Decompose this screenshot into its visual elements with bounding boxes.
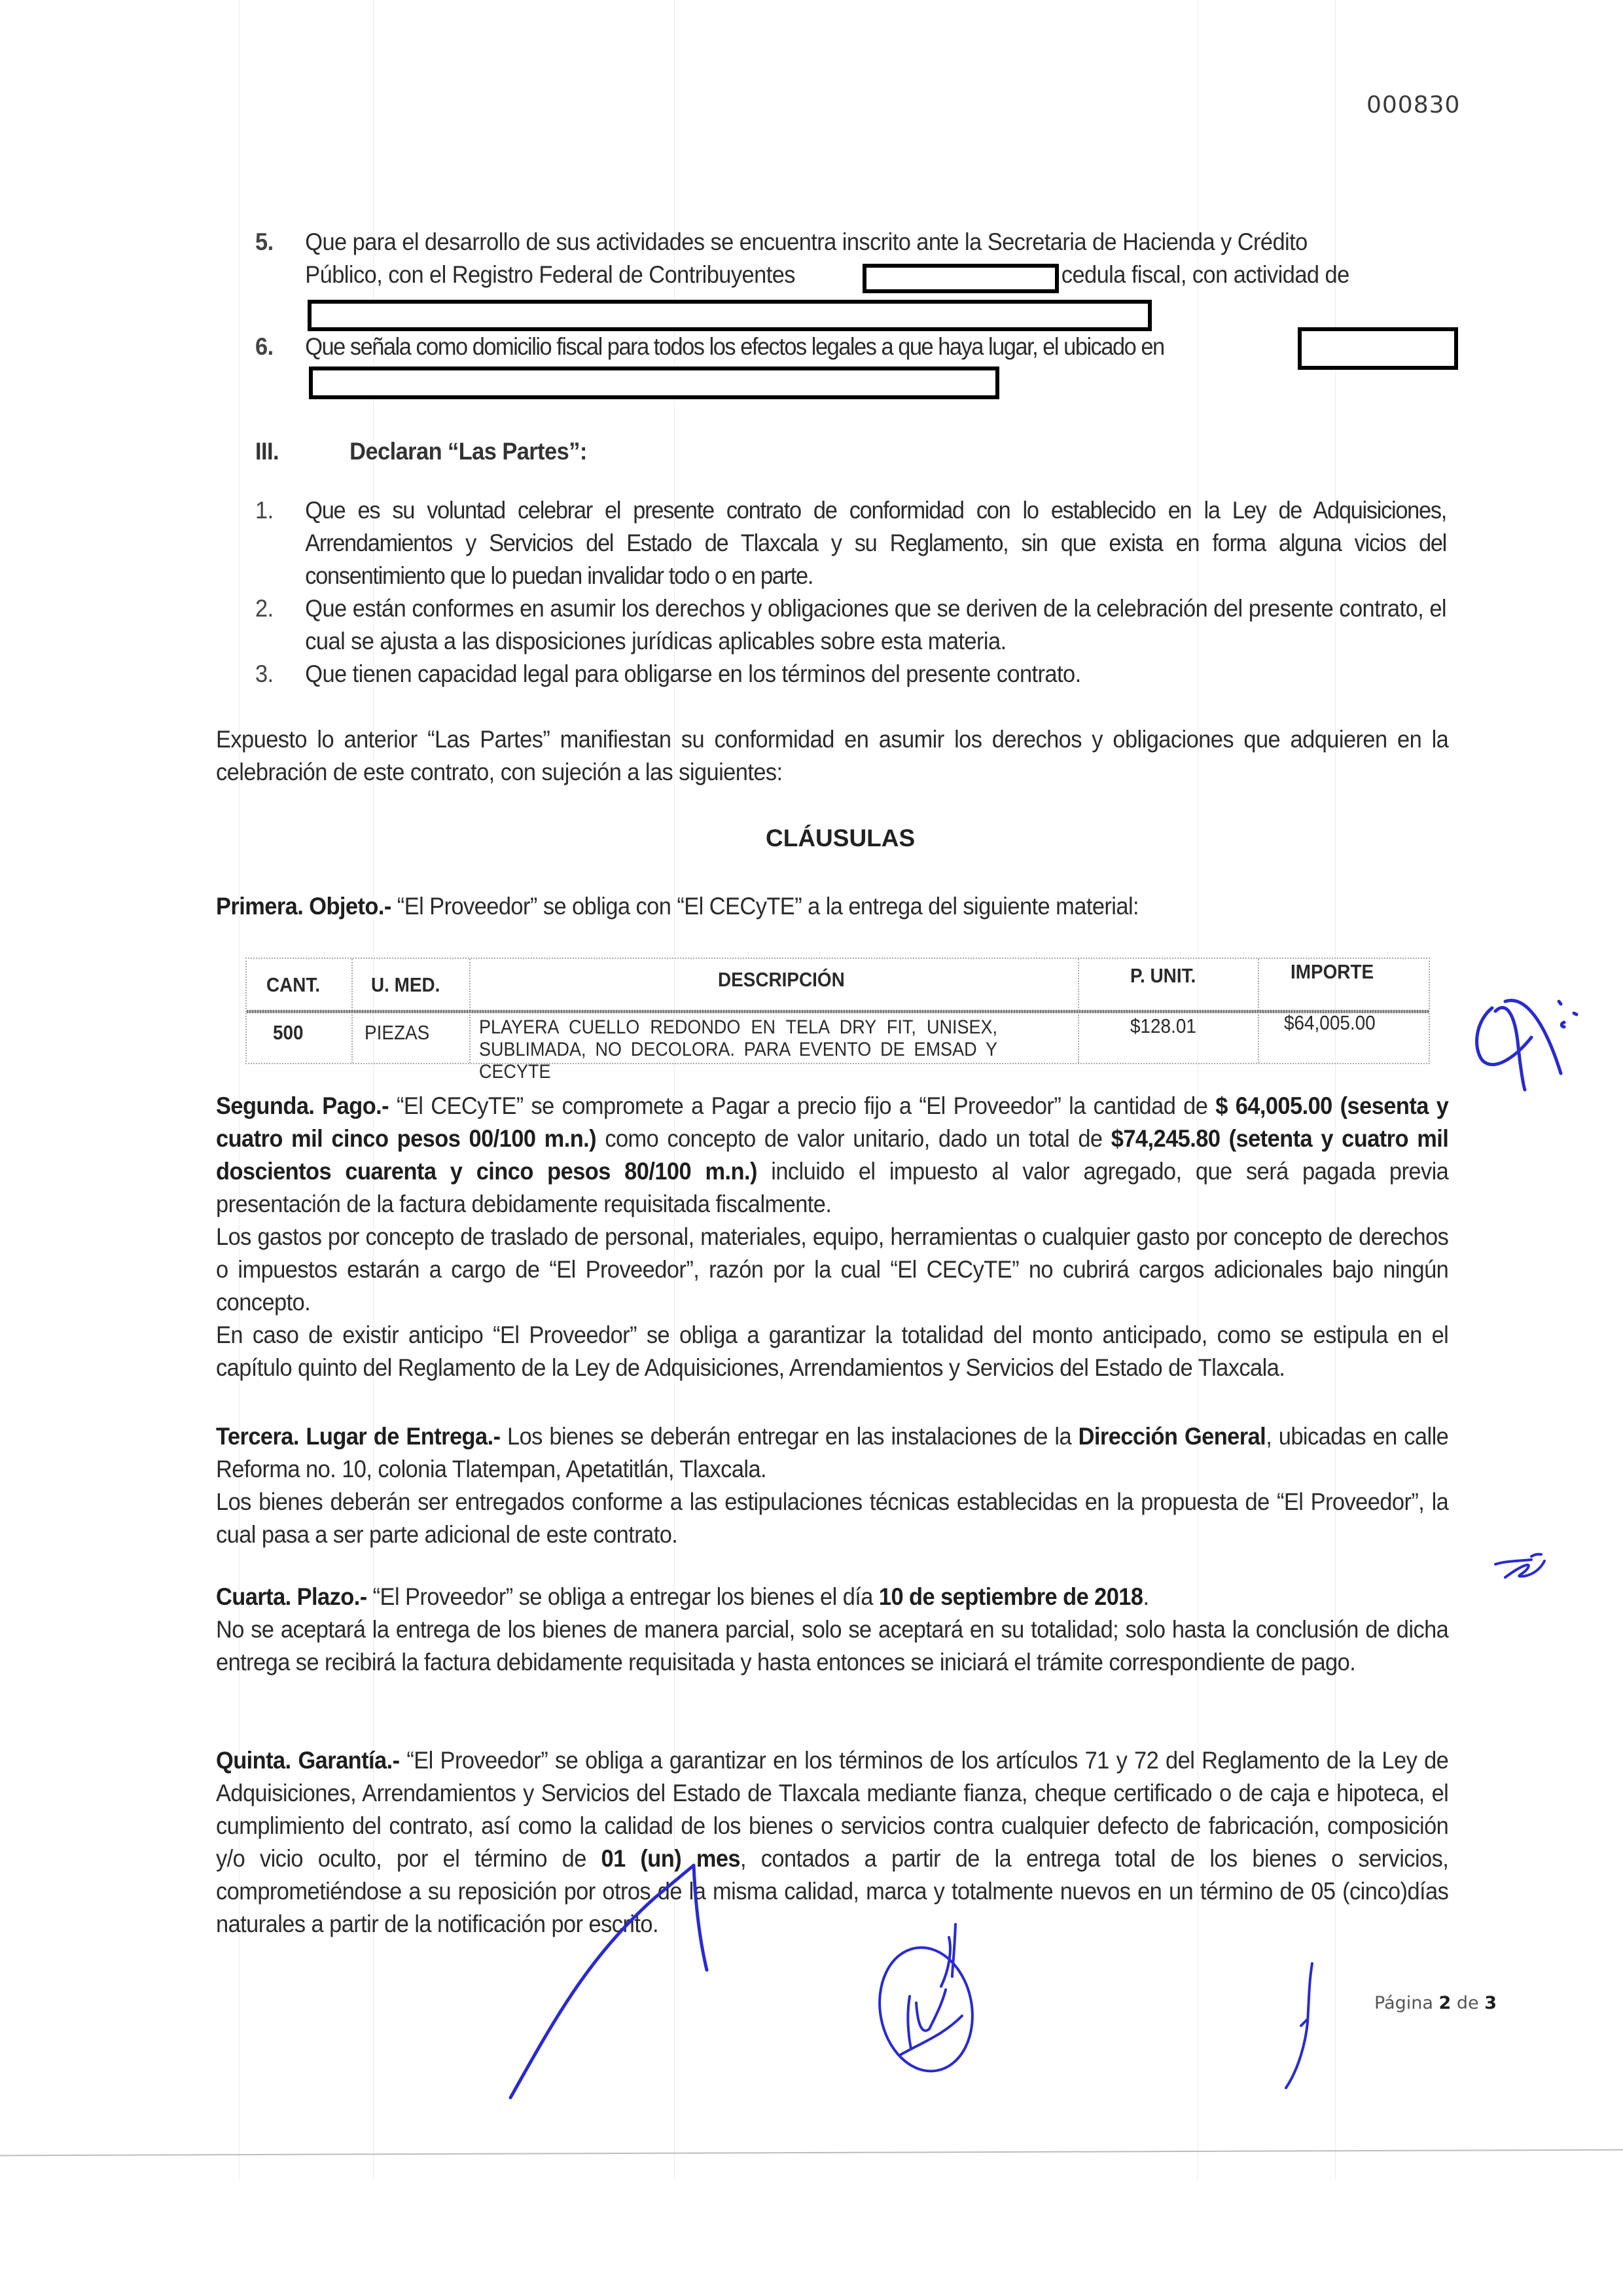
row-importe: $64,005.00	[1284, 1011, 1376, 1035]
item-number: 2.	[255, 592, 274, 625]
row-descripcion: PLAYERA CUELLO REDONDO EN TELA DRY FIT, …	[479, 1016, 997, 1083]
item-text: Que es su voluntad celebrar el presente …	[305, 494, 1446, 592]
item-text: Que están conformes en asumir los derech…	[305, 592, 1446, 658]
declaration-item-5: 5. Que para el desarrollo de sus activid…	[255, 226, 1448, 304]
clause-label: Primera. Objeto.-	[216, 893, 391, 920]
preamble-paragraph: Expuesto lo anterior “Las Partes” manifi…	[216, 723, 1448, 789]
clause-paragraph: No se aceptará la entrega de los bienes …	[216, 1616, 1448, 1676]
clause-text: “El Proveedor” se obliga a entregar los …	[373, 1583, 873, 1610]
warranty-term: 01 (un) mes	[601, 1845, 741, 1872]
clause-tercera: Tercera. Lugar de Entrega.- Los bienes s…	[216, 1420, 1448, 1551]
delivery-date: 10 de septiembre de 2018	[879, 1583, 1143, 1610]
redacted-address	[309, 367, 999, 399]
page-label: Página	[1374, 1993, 1433, 2013]
clause-label: Segunda. Pago.-	[216, 1092, 389, 1119]
rfc-label: Público, con el Registro Federal de Cont…	[305, 261, 795, 288]
item-number: 6.	[255, 331, 274, 363]
row-p-unit: $128.01	[1130, 1014, 1196, 1038]
delivery-place: Dirección General	[1079, 1423, 1266, 1450]
contract-page: 000830 5. Que para el desarrollo de sus …	[0, 0, 1623, 2296]
clause-quinta: Quinta. Garantía.- “El Proveedor” se obl…	[216, 1744, 1448, 1941]
row-cant: 500	[273, 1021, 304, 1045]
header-cant: CANT.	[266, 973, 320, 997]
header-unidad: U. MED.	[371, 973, 440, 997]
margin-initials-signature-2	[1495, 1554, 1544, 1577]
folio-number: 000830	[1366, 92, 1460, 118]
clause-paragraph: Los bienes deberán ser entregados confor…	[216, 1488, 1448, 1548]
clause-text: .	[1143, 1583, 1149, 1610]
item-text-line1: Que para el desarrollo de sus actividade…	[305, 226, 1446, 259]
signature-stroke-right	[1286, 1964, 1312, 2088]
item-number: 1.	[255, 494, 274, 527]
header-importe: IMPORTE	[1291, 960, 1374, 984]
header-p-unit: P. UNIT.	[1130, 964, 1196, 988]
item-number: 5.	[255, 226, 274, 259]
clause-paragraph: Los gastos por concepto de traslado de p…	[216, 1223, 1448, 1316]
row-unidad: PIEZAS	[365, 1021, 429, 1045]
item-text-line1: Que señala como domicilio fiscal para to…	[305, 331, 1446, 363]
items-table: CANT. U. MED. DESCRIPCIÓN P. UNIT. IMPOR…	[245, 958, 1430, 1064]
header-separator	[247, 1010, 1429, 1013]
redacted-address-start	[1298, 327, 1458, 370]
section-title: Declaran “Las Partes”:	[349, 435, 587, 468]
clause-segunda: Segunda. Pago.- “El CECyTE” se compromet…	[216, 1090, 1448, 1384]
clause-text: como concepto de valor unitario, dado un…	[605, 1125, 1102, 1152]
section-numeral: III.	[255, 438, 279, 465]
item-text: Que tienen capacidad legal para obligars…	[305, 658, 1446, 691]
clause-text: Los bienes se deberán entregar en las in…	[507, 1423, 1071, 1450]
item-number: 3.	[255, 658, 274, 691]
header-descripcion: DESCRIPCIÓN	[718, 968, 845, 992]
clause-label: Cuarta. Plazo.-	[216, 1583, 367, 1610]
section-iii-heading: III. Declaran “Las Partes”:	[255, 435, 279, 468]
page-number: Página 2 de 3	[1374, 1993, 1497, 2013]
clause-text: “El CECyTE” se compromete a Pagar a prec…	[397, 1092, 1207, 1119]
page-bottom-edge	[0, 2149, 1623, 2157]
clause-label: Tercera. Lugar de Entrega.-	[216, 1423, 500, 1450]
clause-cuarta: Cuarta. Plazo.- “El Proveedor” se obliga…	[216, 1581, 1448, 1679]
clause-paragraph: En caso de existir anticipo “El Proveedo…	[216, 1321, 1448, 1381]
redacted-rfc	[863, 264, 1059, 293]
page-current: 2	[1439, 1993, 1452, 2013]
redacted-activity	[308, 300, 1152, 331]
margin-initials-signature	[1477, 1000, 1577, 1090]
clause-text: “El Proveedor” se obliga con “El CECyTE”…	[397, 893, 1139, 920]
declaration-item-6: 6. Que señala como domicilio fiscal para…	[255, 331, 1448, 370]
clause-label: Quinta. Garantía.-	[216, 1747, 399, 1774]
page-total: 3	[1484, 1993, 1497, 2013]
clausulas-heading: CLÁUSULAS	[766, 825, 915, 852]
clause-primera: Primera. Objeto.- “El Proveedor” se obli…	[216, 890, 1448, 923]
oval-signature	[870, 1924, 982, 2079]
page-of: de	[1457, 1993, 1479, 2013]
